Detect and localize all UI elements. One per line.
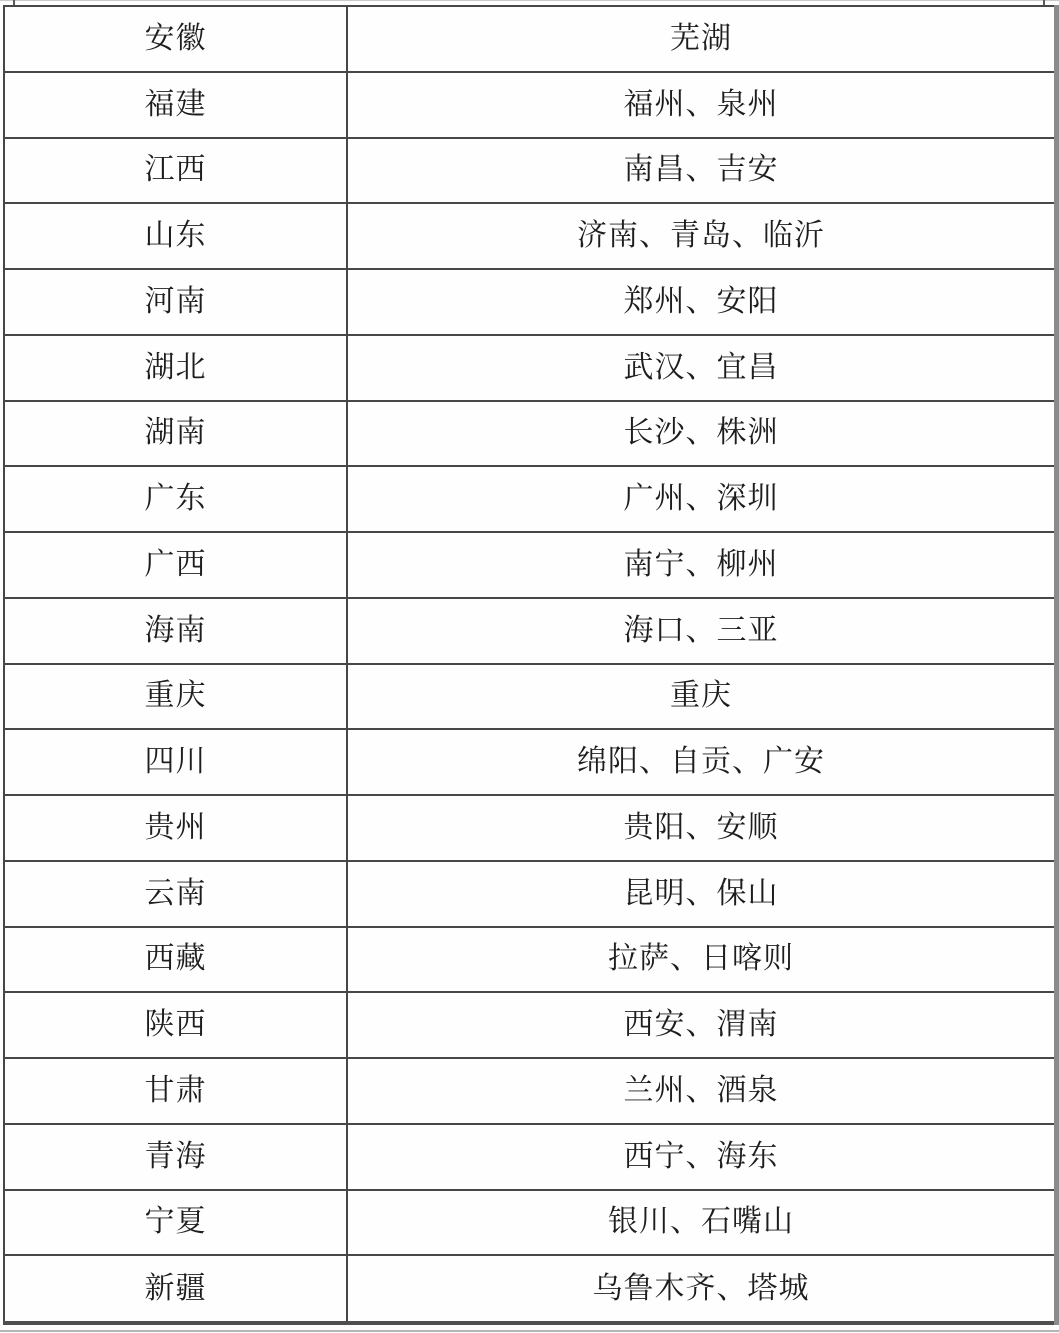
province-cell: 西藏 <box>4 927 347 993</box>
table-row: 青海 西宁、海东 <box>4 1124 1057 1190</box>
cities-cell: 武汉、宜昌 <box>347 335 1057 401</box>
table-row: 山东 济南、青岛、临沂 <box>4 203 1057 269</box>
province-cell: 海南 <box>4 598 347 664</box>
province-cell: 安徽 <box>4 6 347 72</box>
table-row: 广西 南宁、柳州 <box>4 532 1057 598</box>
cities-cell: 西安、渭南 <box>347 992 1057 1058</box>
cities-cell: 广州、深圳 <box>347 466 1057 532</box>
table-row: 湖南 长沙、株洲 <box>4 401 1057 467</box>
province-cell: 甘肃 <box>4 1058 347 1124</box>
province-cell: 陕西 <box>4 992 347 1058</box>
cities-cell: 济南、青岛、临沂 <box>347 203 1057 269</box>
cities-cell: 芜湖 <box>347 6 1057 72</box>
cities-cell: 郑州、安阳 <box>347 269 1057 335</box>
table-row: 湖北 武汉、宜昌 <box>4 335 1057 401</box>
province-cell: 广东 <box>4 466 347 532</box>
cities-cell: 南昌、吉安 <box>347 138 1057 204</box>
cities-cell: 重庆 <box>347 664 1057 730</box>
cities-cell: 长沙、株洲 <box>347 401 1057 467</box>
table-row: 云南 昆明、保山 <box>4 861 1057 927</box>
cities-cell: 乌鲁木齐、塔城 <box>347 1255 1057 1323</box>
table-row: 重庆 重庆 <box>4 664 1057 730</box>
province-cell: 湖北 <box>4 335 347 401</box>
cities-cell: 昆明、保山 <box>347 861 1057 927</box>
province-cell: 山东 <box>4 203 347 269</box>
province-cell: 青海 <box>4 1124 347 1190</box>
table-row: 陕西 西安、渭南 <box>4 992 1057 1058</box>
province-cell: 云南 <box>4 861 347 927</box>
province-cell: 广西 <box>4 532 347 598</box>
document-page: 安徽 芜湖 福建 福州、泉州 江西 南昌、吉安 山东 济南、青岛、临沂 <box>0 0 1059 1333</box>
table-row: 江西 南昌、吉安 <box>4 138 1057 204</box>
table-row: 安徽 芜湖 <box>4 6 1057 72</box>
province-cell: 福建 <box>4 72 347 138</box>
table-row: 广东 广州、深圳 <box>4 466 1057 532</box>
cities-cell: 贵阳、安顺 <box>347 795 1057 861</box>
table-row: 河南 郑州、安阳 <box>4 269 1057 335</box>
province-cell: 重庆 <box>4 664 347 730</box>
crop-artifact-bottom-line <box>0 1330 1059 1332</box>
province-cell: 贵州 <box>4 795 347 861</box>
cities-cell: 海口、三亚 <box>347 598 1057 664</box>
table-row: 新疆 乌鲁木齐、塔城 <box>4 1255 1057 1323</box>
crop-artifact-top-line <box>0 0 1059 1</box>
table-row: 宁夏 银川、石嘴山 <box>4 1190 1057 1256</box>
cities-cell: 南宁、柳州 <box>347 532 1057 598</box>
cities-cell: 西宁、海东 <box>347 1124 1057 1190</box>
table-row: 甘肃 兰州、酒泉 <box>4 1058 1057 1124</box>
province-cell: 宁夏 <box>4 1190 347 1256</box>
province-cell: 河南 <box>4 269 347 335</box>
table-row: 西藏 拉萨、日喀则 <box>4 927 1057 993</box>
province-cell: 四川 <box>4 729 347 795</box>
table-row: 贵州 贵阳、安顺 <box>4 795 1057 861</box>
province-city-table-body: 安徽 芜湖 福建 福州、泉州 江西 南昌、吉安 山东 济南、青岛、临沂 <box>4 6 1057 1323</box>
cities-cell: 绵阳、自贡、广安 <box>347 729 1057 795</box>
cities-cell: 银川、石嘴山 <box>347 1190 1057 1256</box>
cities-cell: 福州、泉州 <box>347 72 1057 138</box>
province-cell: 湖南 <box>4 401 347 467</box>
table-row: 福建 福州、泉州 <box>4 72 1057 138</box>
cities-cell: 拉萨、日喀则 <box>347 927 1057 993</box>
table-row: 四川 绵阳、自贡、广安 <box>4 729 1057 795</box>
province-cell: 江西 <box>4 138 347 204</box>
table-row: 海南 海口、三亚 <box>4 598 1057 664</box>
cities-cell: 兰州、酒泉 <box>347 1058 1057 1124</box>
province-cell: 新疆 <box>4 1255 347 1323</box>
province-city-table: 安徽 芜湖 福建 福州、泉州 江西 南昌、吉安 山东 济南、青岛、临沂 <box>3 5 1059 1325</box>
